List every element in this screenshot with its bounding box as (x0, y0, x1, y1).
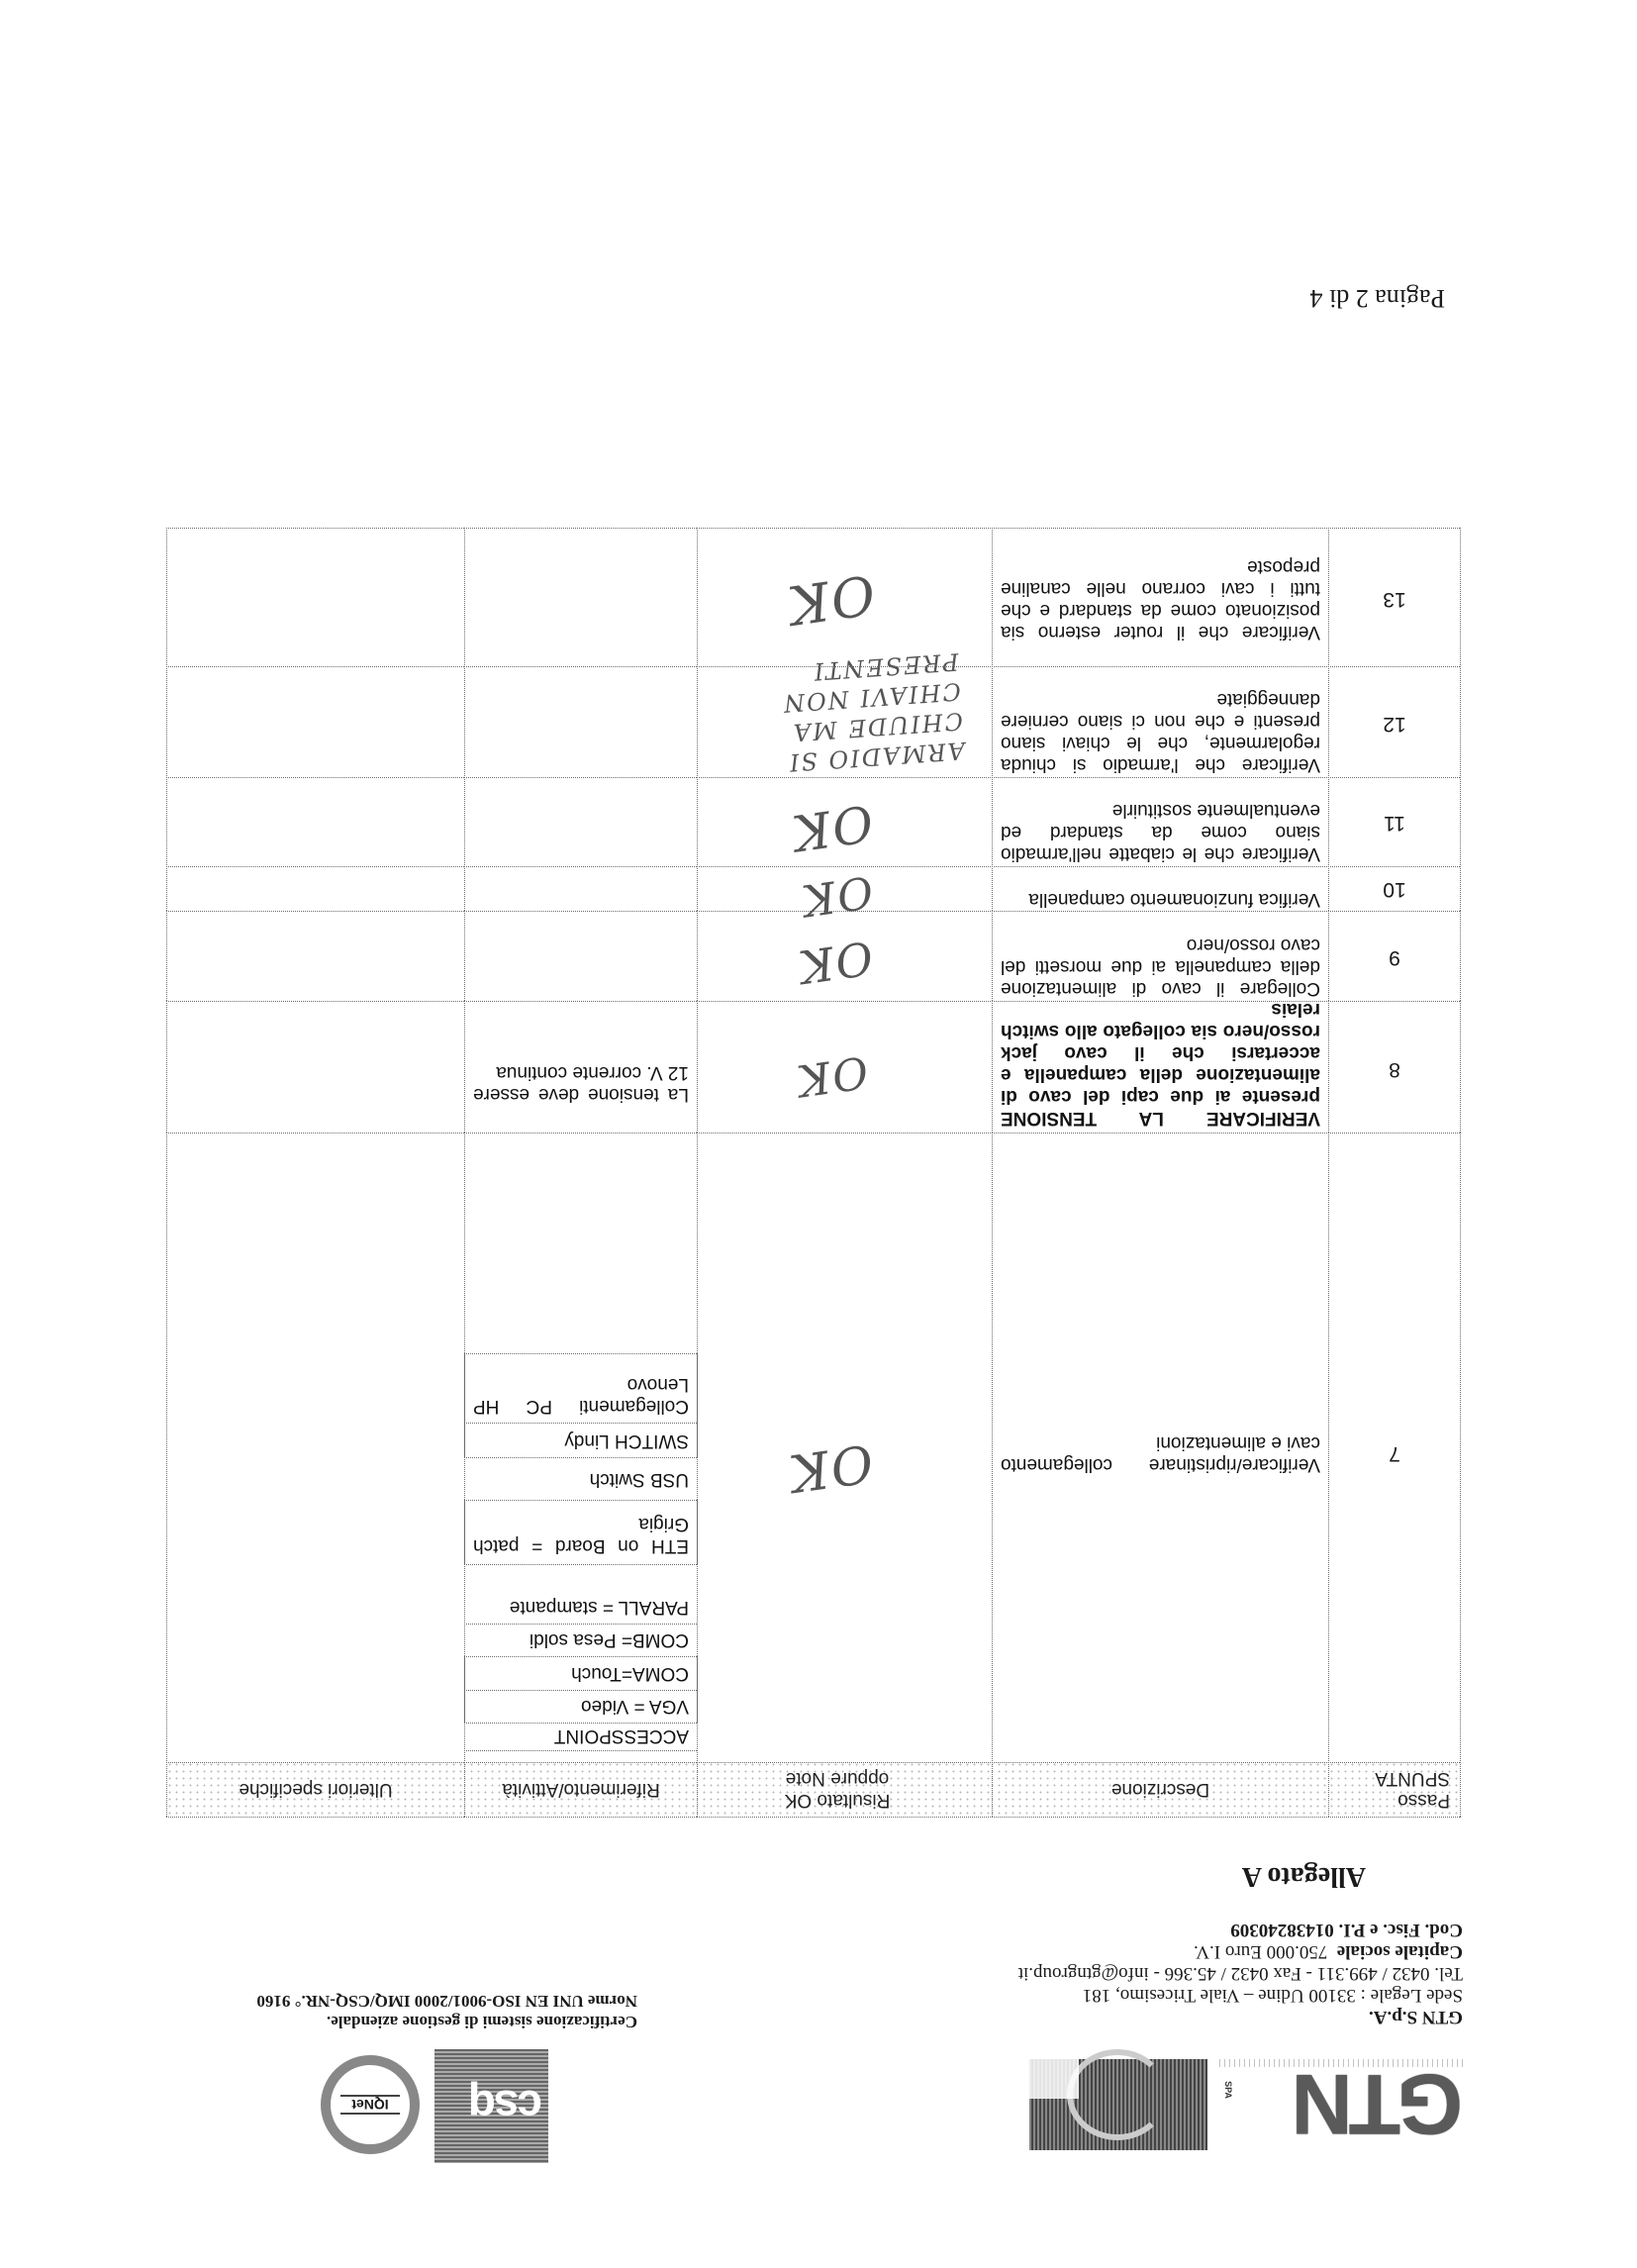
header-passo: Passo SPUNTA (1328, 1762, 1461, 1818)
header-descrizione-label: Descrizione (1111, 1779, 1209, 1800)
row-9-riferimento (464, 911, 698, 1002)
header-riferimento-label: Riferimento/Attività (502, 1779, 659, 1800)
ref-item-usb-switch: USB Switch (464, 1457, 698, 1501)
header-risultato: Risultato OK oppure Note (697, 1762, 993, 1818)
row-8-result-handwritten: OK (793, 1045, 871, 1106)
ref-item-comb: COMB= Pesa soldi (464, 1624, 698, 1657)
header-risultato-label: Risultato OK oppure Note (785, 1768, 891, 1811)
row-13-risultato: OK (697, 528, 993, 667)
row-12-risultato: ARMADIO SI CHIUDE MA CHIAVI NON PRESENTI (697, 666, 993, 778)
company-contacts: Tel. 0432 / 499.311 - Fax 0432 / 45.366 … (909, 1962, 1463, 1984)
row-7-descrizione: Verificare/ripristinare collegamento cav… (992, 1133, 1329, 1763)
company-capital: Capitale sociale 750.000 Euro I.V. (909, 1940, 1463, 1962)
company-info: GTN S.p.A. Sede Legale : 33100 Udine – V… (909, 1919, 1463, 2027)
row-12-descrizione: Verificare che l'armadio si chiuda regol… (992, 666, 1329, 778)
iqnet-logo: IQNet (321, 2055, 420, 2154)
row-10-ulteriori (166, 866, 465, 912)
company-address: Sede Legale : 33100 Udine – Viale Trices… (909, 1984, 1463, 2006)
row-10-result-handwritten: OK (798, 865, 876, 926)
document-title: Allegato A (1242, 1860, 1366, 1892)
row-10-passo: 10 (1328, 866, 1461, 912)
ref-item-accesspoint: ACCESSPOINT (464, 1723, 698, 1751)
row-11-ulteriori (166, 777, 465, 867)
row-8-passo-value: 8 (1389, 1058, 1400, 1081)
row-9-ulteriori (166, 911, 465, 1002)
row-9-descrizione: Collegare il cavo di alimentazione della… (992, 911, 1329, 1002)
ref-item-collegamenti: Collegamenti PC HP Lenovo (464, 1353, 698, 1424)
row-13-passo-value: 13 (1383, 588, 1405, 611)
ref-item-switch-lindy: SWITCH Lindy (464, 1423, 698, 1458)
row-7-ulteriori (166, 1133, 465, 1763)
row-9-risultato: OK (697, 911, 993, 1002)
row-11-descrizione: Verificare che le ciabatte nell'armadio … (992, 777, 1329, 867)
row-8-passo: 8 (1328, 1001, 1461, 1134)
row-9-passo-value: 9 (1389, 946, 1400, 969)
row-11-risultato: OK (697, 777, 993, 867)
certification-line-1: Certificazione sistemi di gestione azien… (143, 2012, 637, 2032)
certification-info: Certificazione sistemi di gestione azien… (143, 1991, 637, 2032)
capital-label: Capitale sociale (1337, 1941, 1463, 1962)
row-12-passo-value: 12 (1383, 713, 1405, 736)
ref-item-eth: ETH on Board = patch Grigia (464, 1500, 698, 1565)
ref-item-parall: PARALL = stampante (464, 1564, 698, 1625)
company-tax-id: Cod. Fisc. e P.I. 01438240309 (909, 1919, 1463, 1940)
row-11-passo-value: 11 (1384, 812, 1405, 835)
row-10-riferimento (464, 866, 698, 912)
company-name: GTN S.p.A. (909, 2006, 1463, 2027)
gtn-logo-spa-mark: SPA (1223, 2081, 1233, 2099)
row-8-risultato: OK (697, 1001, 993, 1134)
row-7-riferimento: ACCESSPOINT VGA = Video COMA=Touch COMB=… (464, 1133, 698, 1763)
header-riferimento: Riferimento/Attività (464, 1762, 698, 1818)
row-7-passo-value: 7 (1389, 1442, 1400, 1465)
header-ulteriori-label: Ulteriori specifiche (239, 1779, 392, 1800)
capital-value: 750.000 Euro I.V. (1194, 1941, 1327, 1962)
row-10-passo-value: 10 (1383, 878, 1405, 901)
row-9-passo: 9 (1328, 911, 1461, 1002)
logo-underline-decoration (1215, 2059, 1463, 2067)
ref-item-coma: COMA=Touch (464, 1656, 698, 1691)
row-8-riferimento: La tensione deve essere 12 V. corrente c… (464, 1001, 698, 1134)
row-12-passo: 12 (1328, 666, 1461, 778)
row-11-result-handwritten: OK (788, 794, 877, 862)
iqnet-logo-text: IQNet (340, 2095, 400, 2115)
row-7-result-handwritten: OK (785, 1431, 877, 1502)
row-13-result-handwritten: OK (783, 562, 879, 637)
row-11-riferimento (464, 777, 698, 867)
row-9-result-handwritten: OK (795, 931, 877, 994)
header-passo-label: Passo SPUNTA (1375, 1768, 1450, 1811)
row-13-ulteriori (166, 528, 465, 667)
row-12-ulteriori (166, 666, 465, 778)
gtn-logo-emblem-icon (1029, 2059, 1207, 2150)
row-7-passo: 7 (1328, 1133, 1461, 1763)
page-number: Pagina 2 di 4 (1310, 283, 1446, 313)
gtn-logo: GTN SPA (1027, 2057, 1463, 2150)
row-8-ulteriori (166, 1001, 465, 1134)
row-7-risultato: OK (697, 1133, 993, 1763)
csq-logo: csq (434, 2049, 548, 2163)
row-12-riferimento (464, 666, 698, 778)
row-13-passo: 13 (1328, 528, 1461, 667)
csq-logo-text: csq (470, 2080, 542, 2133)
row-13-descrizione: Verificare che il router esterno sia pos… (992, 528, 1329, 667)
header-descrizione: Descrizione (992, 1762, 1329, 1818)
header-ulteriori: Ulteriori specifiche (166, 1762, 465, 1818)
row-11-passo: 11 (1328, 777, 1461, 867)
row-13-riferimento (464, 528, 698, 667)
document-page: GTN SPA GTN S.p.A. Sede Legale : 33100 U… (0, 0, 1637, 2268)
gtn-logo-wordmark: GTN (1220, 2057, 1463, 2150)
certification-line-2: Norme UNI EN ISO-9001/2000 IMQ/CSQ-NR.° … (143, 1991, 637, 2012)
ref-item-vga: VGA = Video (464, 1690, 698, 1724)
row-8-descrizione: VERIFICARE LA TENSIONE presente ai due c… (992, 1001, 1329, 1134)
row-10-descrizione: Verifica funzionamento campanella (992, 866, 1329, 912)
row-10-risultato: OK (697, 866, 993, 912)
